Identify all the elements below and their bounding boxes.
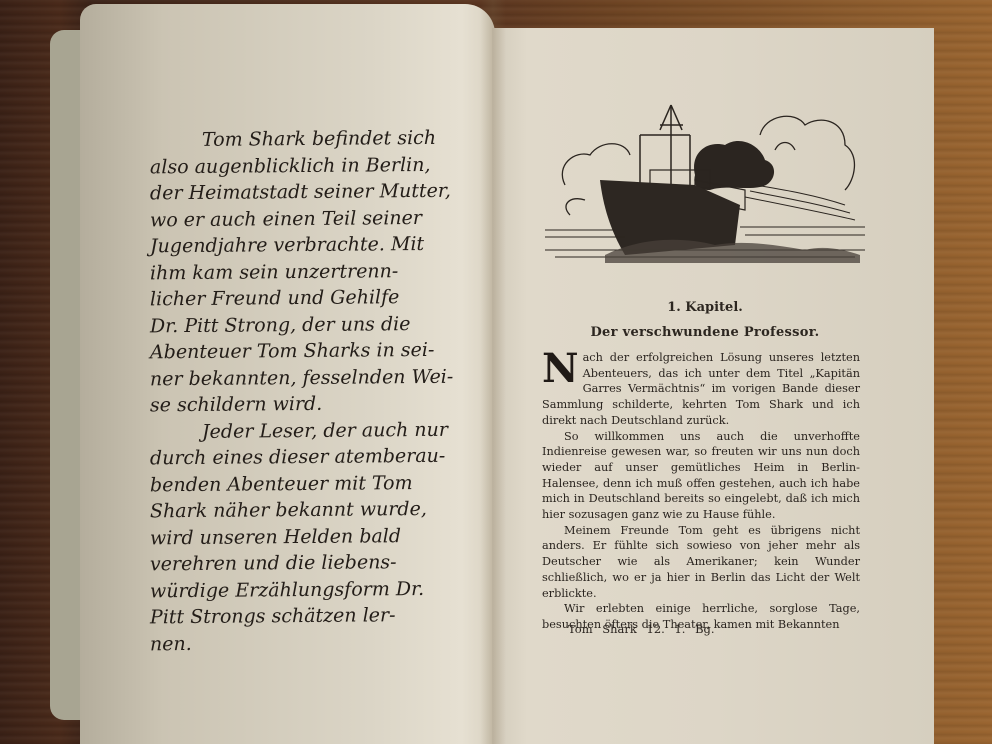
drop-cap: N: [542, 352, 579, 386]
chapter-number: 1. Kapitel.: [540, 300, 870, 315]
chapter-body: Nach der erfolgreichen Lösung unseres le…: [542, 350, 860, 633]
steamship-illustration: [545, 95, 865, 270]
paragraph: Meinem Freunde Tom geht es übrigens nich…: [542, 523, 860, 602]
handwritten-line: Tom Shark befindet sich: [150, 125, 460, 154]
paragraph: Nach der erfolgreichen Lösung unseres le…: [542, 350, 860, 429]
handwritten-line: se schildern wird.: [150, 390, 460, 419]
handwritten-line: ner bekannten, fesselnden Wei-: [150, 363, 460, 392]
handwritten-line: Shark näher bekannt wurde,: [150, 496, 460, 525]
paragraph-text: ach der erfolgreichen Lösung unseres let…: [542, 351, 860, 427]
handwritten-line: wird unseren Helden bald: [150, 522, 460, 551]
handwritten-line: Jeder Leser, der auch nur: [150, 416, 460, 445]
handwritten-line: ihm kam sein unzertrenn-: [150, 257, 460, 286]
handwritten-line: licher Freund und Gehilfe: [150, 284, 460, 313]
steamship-icon: [545, 95, 865, 270]
handwritten-line: nen.: [150, 628, 460, 657]
handwritten-line: würdige Erzählungsform Dr.: [150, 575, 460, 604]
printer-signature-mark: Tom Shark 12. 1. Bg.: [568, 622, 715, 636]
paragraph: So willkommen uns auch die unverhoffte I…: [542, 429, 860, 523]
handwritten-line: also augenblicklich in Berlin,: [150, 151, 460, 180]
handwritten-line: Abenteuer Tom Sharks in sei-: [150, 337, 460, 366]
book-gutter: [480, 0, 506, 744]
handwritten-line: verehren und die liebens-: [150, 549, 460, 578]
chapter-title: Der verschwundene Professor.: [540, 325, 870, 340]
handwritten-line: durch eines dieser atemberau-: [150, 443, 460, 472]
handwritten-line: Jugendjahre verbrachte. Mit: [150, 231, 460, 260]
handwritten-inscription: Tom Shark befindet sich also augenblickl…: [150, 126, 460, 656]
handwritten-line: benden Abenteuer mit Tom: [150, 469, 460, 498]
handwritten-line: Pitt Strongs schätzen ler-: [150, 602, 460, 631]
handwritten-line: der Heimatstadt seiner Mutter,: [150, 178, 460, 207]
handwritten-line: Dr. Pitt Strong, der uns die: [150, 310, 460, 339]
handwritten-line: wo er auch einen Teil seiner: [150, 204, 460, 233]
chapter-heading: 1. Kapitel. Der verschwundene Professor.: [540, 300, 870, 340]
